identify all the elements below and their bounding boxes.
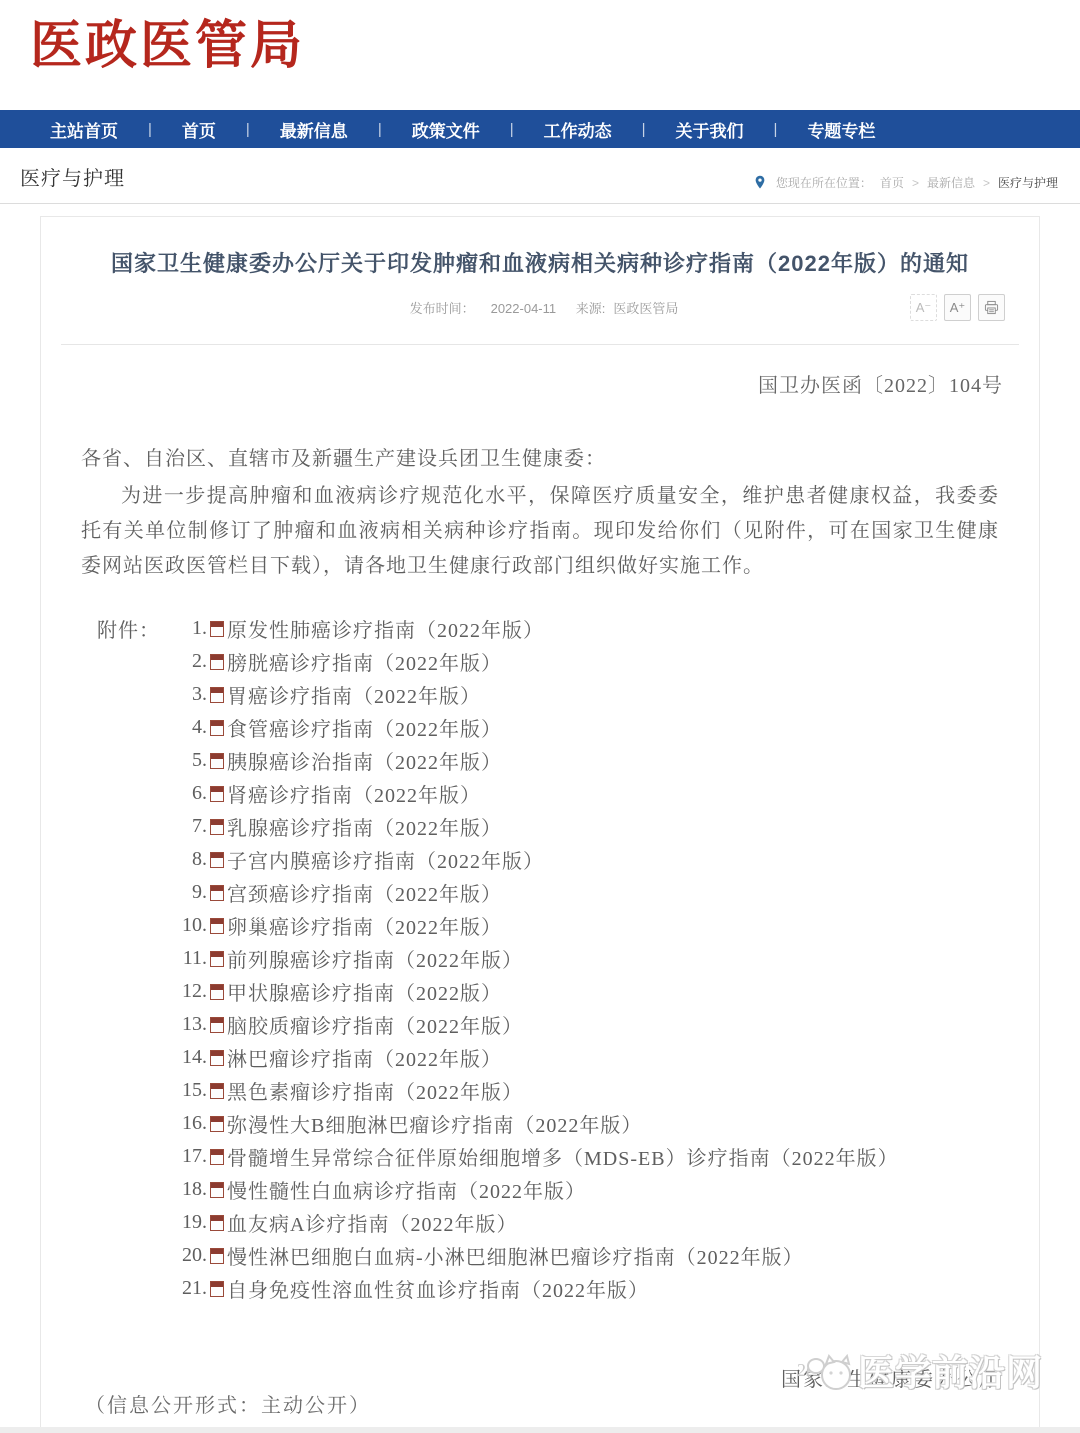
attachment-item: 14.淋巴瘤诊疗指南（2022年版）	[173, 1041, 899, 1074]
doc-file-icon	[210, 918, 224, 934]
attachment-number: 1.	[173, 617, 207, 640]
publish-label: 发布时间：	[410, 301, 475, 316]
attachments-label: 附件：	[97, 612, 173, 645]
attachment-link[interactable]: 骨髓增生异常综合征伴原始细胞增多（MDS-EB）诊疗指南（2022年版）	[227, 1142, 899, 1171]
doc-file-icon	[210, 720, 224, 736]
attachment-item: 3.胃癌诊疗指南（2022年版）	[173, 678, 899, 711]
nav-item-main-home[interactable]: 主站首页	[50, 117, 118, 142]
article-meta: 发布时间：2022-04-11 来源:医政医管局 A⁻ A⁺	[61, 298, 1019, 328]
attachments-list: 1.原发性肺癌诊疗指南（2022年版）2.膀胱癌诊疗指南（2022年版）3.胃癌…	[173, 612, 899, 1305]
nav-item-work-trends[interactable]: 工作动态	[544, 117, 612, 142]
attachment-item: 16.弥漫性大B细胞淋巴瘤诊疗指南（2022年版）	[173, 1107, 899, 1140]
toolbar: A⁻ A⁺	[903, 294, 1005, 321]
nav-separator: |	[642, 121, 646, 138]
breadcrumb-separator: >	[983, 176, 990, 190]
attachment-item: 12.甲状腺癌诊疗指南（2022版）	[173, 975, 899, 1008]
attachment-number: 21.	[173, 1277, 207, 1300]
attachment-item: 9.宫颈癌诊疗指南（2022年版）	[173, 876, 899, 909]
salutation: 各省、自治区、直辖市及新疆生产建设兵团卫生健康委：	[81, 442, 1019, 471]
attachment-item: 1.原发性肺癌诊疗指南（2022年版）	[173, 612, 899, 645]
body-paragraph: 为进一步提高肿瘤和血液病诊疗规范化水平，保障医疗质量安全，维护患者健康权益，我委…	[81, 479, 999, 584]
source-value: 医政医管局	[613, 301, 678, 316]
doc-file-icon	[210, 1215, 224, 1231]
site-header: 医政医管局	[0, 0, 1080, 110]
doc-file-icon	[210, 1182, 224, 1198]
attachment-number: 14.	[173, 1046, 207, 1069]
nav-separator: |	[774, 121, 778, 138]
section-title: 医疗与护理	[20, 162, 125, 191]
attachment-item: 20.慢性淋巴细胞白血病-小淋巴细胞淋巴瘤诊疗指南（2022年版）	[173, 1239, 899, 1272]
attachment-link[interactable]: 原发性肺癌诊疗指南（2022年版）	[227, 614, 544, 643]
location-pin-icon	[754, 175, 766, 190]
publish-date: 2022-04-11	[491, 301, 557, 316]
breadcrumb-current[interactable]: 医疗与护理	[998, 174, 1058, 191]
attachment-link[interactable]: 慢性髓性白血病诊疗指南（2022年版）	[227, 1175, 586, 1204]
breadcrumb-home[interactable]: 首页	[880, 174, 904, 191]
attachment-link[interactable]: 弥漫性大B细胞淋巴瘤诊疗指南（2022年版）	[227, 1109, 642, 1138]
print-button[interactable]	[978, 294, 1005, 321]
attachment-link[interactable]: 胃癌诊疗指南（2022年版）	[227, 680, 481, 709]
breadcrumb-row: 医疗与护理 您现在所在位置： 首页>最新信息>医疗与护理	[0, 148, 1080, 204]
attachment-item: 21.自身免疫性溶血性贫血诊疗指南（2022年版）	[173, 1272, 899, 1305]
attachment-link[interactable]: 乳腺癌诊疗指南（2022年版）	[227, 812, 502, 841]
doc-file-icon	[210, 1149, 224, 1165]
breadcrumb-separator: >	[912, 176, 919, 190]
attachment-number: 4.	[173, 716, 207, 739]
attachment-number: 15.	[173, 1079, 207, 1102]
nav-separator: |	[246, 121, 250, 138]
main-nav: 主站首页|首页|最新信息|政策文件|工作动态|关于我们|专题专栏	[0, 110, 1080, 148]
attachment-link[interactable]: 食管癌诊疗指南（2022年版）	[227, 713, 502, 742]
attachment-link[interactable]: 膀胱癌诊疗指南（2022年版）	[227, 647, 502, 676]
attachment-number: 11.	[173, 947, 207, 970]
attachment-link[interactable]: 血友病A诊疗指南（2022年版）	[227, 1208, 517, 1237]
doc-file-icon	[210, 852, 224, 868]
attachment-number: 10.	[173, 914, 207, 937]
doc-file-icon	[210, 984, 224, 1000]
attachment-number: 16.	[173, 1112, 207, 1135]
attachment-number: 2.	[173, 650, 207, 673]
nav-item-special-topics[interactable]: 专题专栏	[807, 117, 875, 142]
breadcrumb-latest-news[interactable]: 最新信息	[927, 174, 975, 191]
attachment-number: 8.	[173, 848, 207, 871]
watermark-text: 医学前沿网	[858, 1345, 1043, 1396]
breadcrumb-path: 首页>最新信息>医疗与护理	[880, 174, 1058, 191]
source-label: 来源:	[576, 301, 606, 316]
attachment-link[interactable]: 黑色素瘤诊疗指南（2022年版）	[227, 1076, 523, 1105]
attachment-number: 3.	[173, 683, 207, 706]
attachment-item: 5.胰腺癌诊治指南（2022年版）	[173, 744, 899, 777]
attachment-link[interactable]: 肾癌诊疗指南（2022年版）	[227, 779, 481, 808]
doc-file-icon	[210, 1017, 224, 1033]
attachment-number: 7.	[173, 815, 207, 838]
attachment-link[interactable]: 宫颈癌诊疗指南（2022年版）	[227, 878, 502, 907]
attachments-block: 附件： 1.原发性肺癌诊疗指南（2022年版）2.膀胱癌诊疗指南（2022年版）…	[97, 612, 1019, 1305]
attachment-link[interactable]: 卵巢癌诊疗指南（2022年版）	[227, 911, 502, 940]
cat-logo-icon	[806, 1348, 858, 1394]
attachment-link[interactable]: 淋巴瘤诊疗指南（2022年版）	[227, 1043, 502, 1072]
doc-file-icon	[210, 885, 224, 901]
doc-number: 国卫办医函〔2022〕104号	[61, 369, 1019, 398]
doc-file-icon	[210, 819, 224, 835]
nav-separator: |	[510, 121, 514, 138]
attachment-number: 6.	[173, 782, 207, 805]
nav-item-latest-news[interactable]: 最新信息	[280, 117, 348, 142]
doc-file-icon	[210, 654, 224, 670]
doc-file-icon	[210, 621, 224, 637]
bottom-strip	[0, 1427, 1080, 1433]
attachment-number: 17.	[173, 1145, 207, 1168]
attachment-link[interactable]: 胰腺癌诊治指南（2022年版）	[227, 746, 502, 775]
attachment-number: 12.	[173, 980, 207, 1003]
doc-file-icon	[210, 786, 224, 802]
site-logo[interactable]: 医政医管局	[30, 18, 305, 75]
nav-separator: |	[148, 121, 152, 138]
printer-icon	[984, 300, 999, 315]
attachment-item: 7.乳腺癌诊疗指南（2022年版）	[173, 810, 899, 843]
attachment-item: 8.子宫内膜癌诊疗指南（2022年版）	[173, 843, 899, 876]
attachment-link[interactable]: 前列腺癌诊疗指南（2022年版）	[227, 944, 523, 973]
attachment-number: 9.	[173, 881, 207, 904]
attachment-item: 4.食管癌诊疗指南（2022年版）	[173, 711, 899, 744]
attachment-number: 13.	[173, 1013, 207, 1036]
attachment-item: 19.血友病A诊疗指南（2022年版）	[173, 1206, 899, 1239]
doc-file-icon	[210, 1050, 224, 1066]
attachment-number: 19.	[173, 1211, 207, 1234]
nav-item-policy-documents[interactable]: 政策文件	[412, 117, 480, 142]
attachment-item: 2.膀胱癌诊疗指南（2022年版）	[173, 645, 899, 678]
attachment-item: 18.慢性髓性白血病诊疗指南（2022年版）	[173, 1173, 899, 1206]
font-increase-button[interactable]: A⁺	[944, 294, 971, 321]
attachment-link[interactable]: 自身免疫性溶血性贫血诊疗指南（2022年版）	[227, 1274, 649, 1303]
attachment-item: 13.脑胶质瘤诊疗指南（2022年版）	[173, 1008, 899, 1041]
doc-file-icon	[210, 753, 224, 769]
attachment-item: 11.前列腺癌诊疗指南（2022年版）	[173, 942, 899, 975]
nav-separator: |	[378, 121, 382, 138]
attachment-link[interactable]: 慢性淋巴细胞白血病-小淋巴细胞淋巴瘤诊疗指南（2022年版）	[227, 1241, 804, 1270]
watermark: 2( 医学前沿网	[797, 1345, 1043, 1396]
nav-item-about-us[interactable]: 关于我们	[676, 117, 744, 142]
attachment-number: 18.	[173, 1178, 207, 1201]
article-panel: 国家卫生健康委办公厅关于印发肿瘤和血液病相关病种诊疗指南（2022年版）的通知 …	[40, 216, 1040, 1433]
doc-file-icon	[210, 1116, 224, 1132]
attachment-link[interactable]: 子宫内膜癌诊疗指南（2022年版）	[227, 845, 544, 874]
attachment-number: 5.	[173, 749, 207, 772]
attachment-link[interactable]: 甲状腺癌诊疗指南（2022版）	[227, 977, 502, 1006]
nav-item-home[interactable]: 首页	[182, 117, 216, 142]
attachment-item: 15.黑色素瘤诊疗指南（2022年版）	[173, 1074, 899, 1107]
font-decrease-button[interactable]: A⁻	[910, 294, 937, 321]
attachment-item: 17.骨髓增生异常综合征伴原始细胞增多（MDS-EB）诊疗指南（2022年版）	[173, 1140, 899, 1173]
doc-file-icon	[210, 1083, 224, 1099]
doc-file-icon	[210, 1248, 224, 1264]
attachment-item: 10.卵巢癌诊疗指南（2022年版）	[173, 909, 899, 942]
attachment-item: 6.肾癌诊疗指南（2022年版）	[173, 777, 899, 810]
breadcrumb: 您现在所在位置： 首页>最新信息>医疗与护理	[754, 174, 1058, 191]
article-title: 国家卫生健康委办公厅关于印发肿瘤和血液病相关病种诊疗指南（2022年版）的通知	[61, 247, 1019, 278]
attachment-link[interactable]: 脑胶质瘤诊疗指南（2022年版）	[227, 1010, 523, 1039]
disclosure-note: （信息公开形式：主动公开）	[85, 1389, 371, 1418]
title-divider	[61, 344, 1019, 345]
doc-file-icon	[210, 1281, 224, 1297]
location-label: 您现在所在位置：	[776, 174, 872, 191]
doc-file-icon	[210, 951, 224, 967]
doc-file-icon	[210, 687, 224, 703]
attachment-number: 20.	[173, 1244, 207, 1267]
